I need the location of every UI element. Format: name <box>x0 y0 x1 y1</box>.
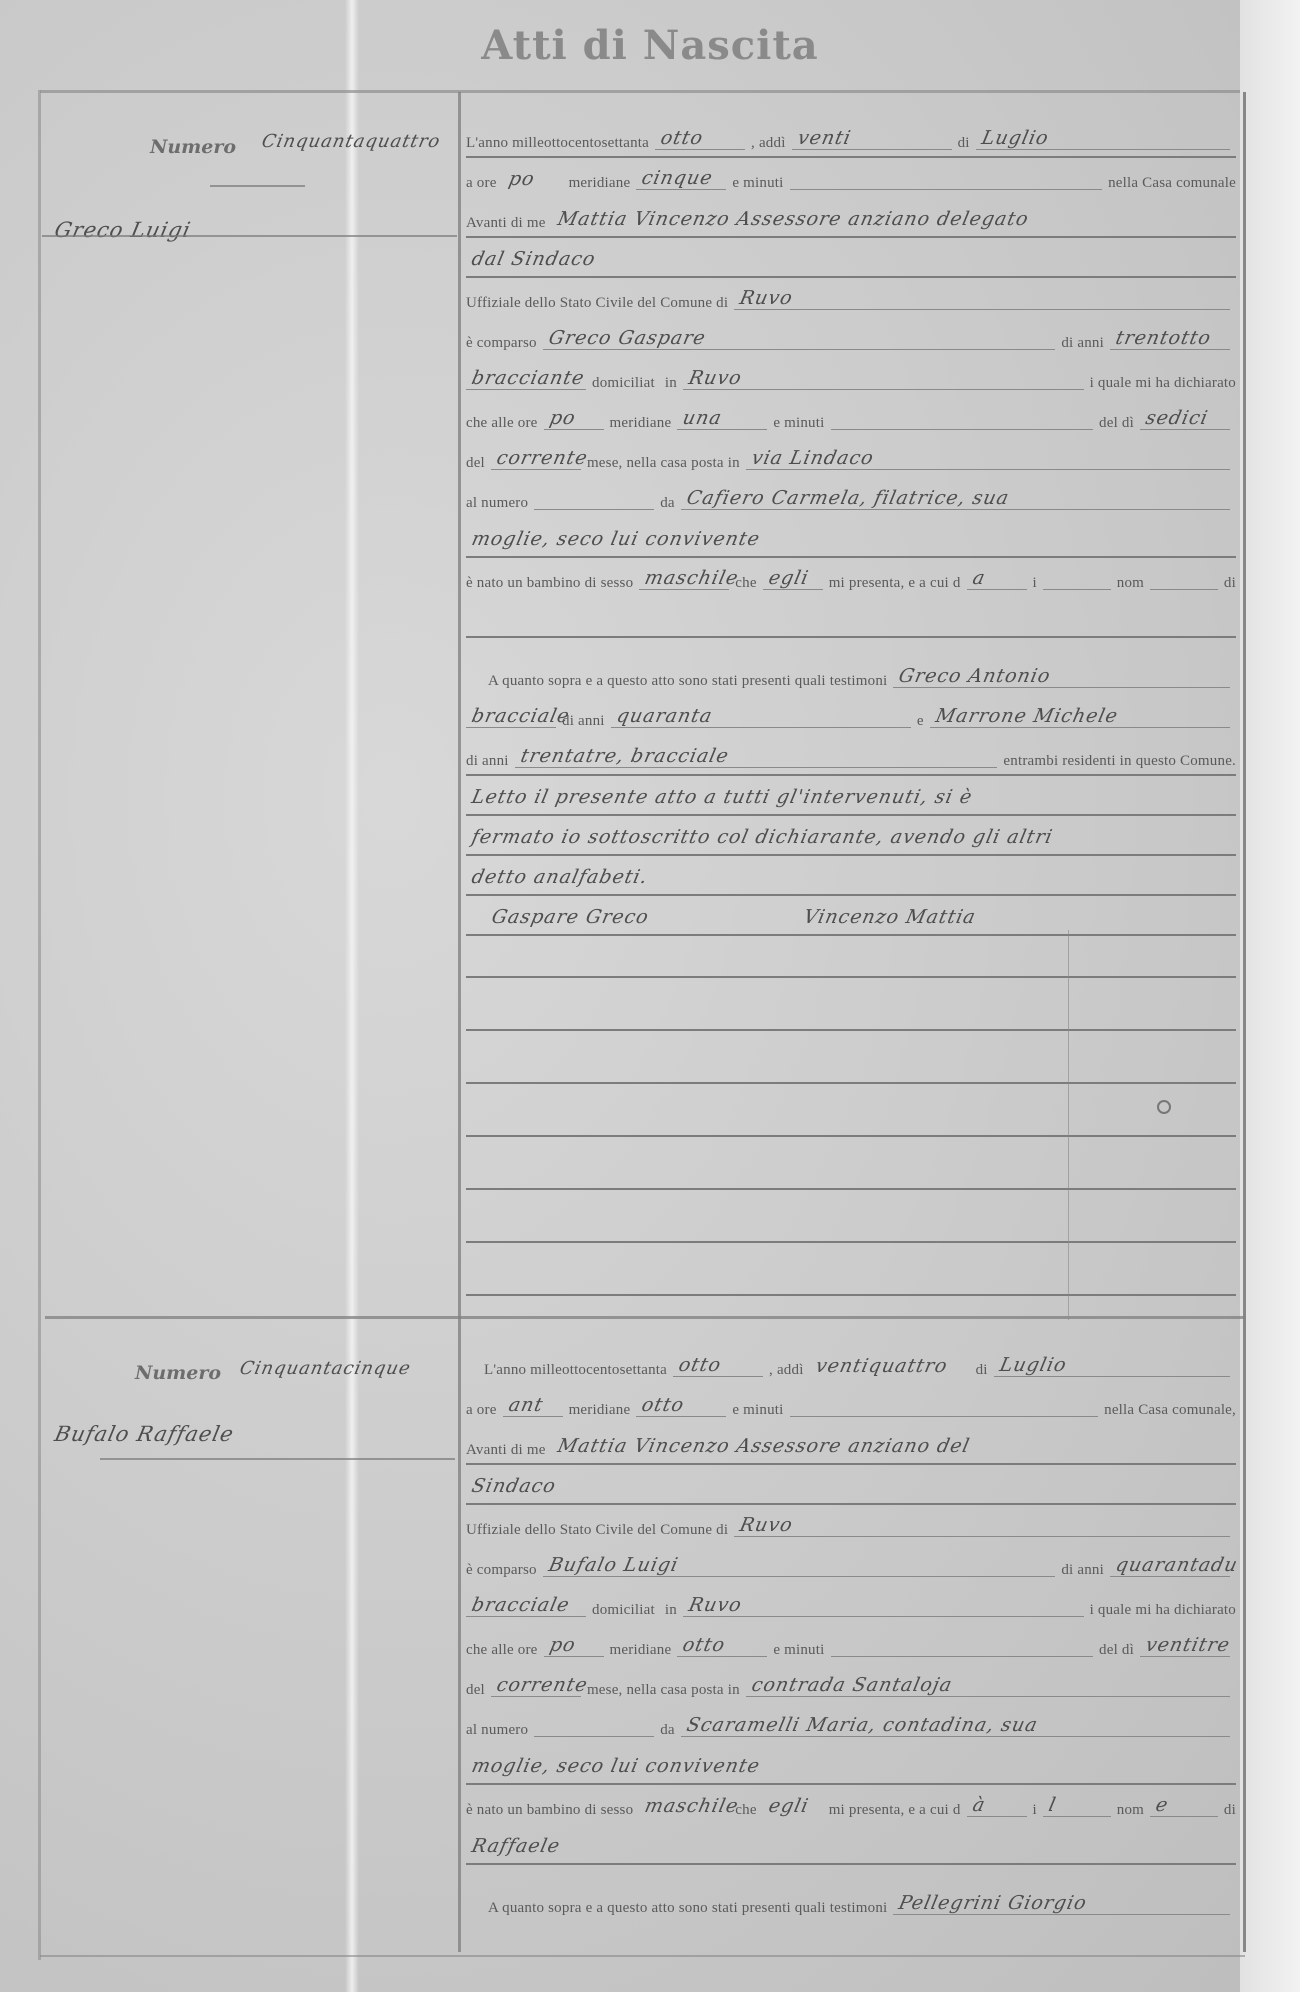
act-line-mother-cont: moglie, seco lui convivente <box>466 518 1236 558</box>
act-line-witness-2: di anni trentatre, bracciale entrambi re… <box>466 736 1236 776</box>
act-line-domicile: bracciale domiciliat in Ruvo i quale mi … <box>466 1585 1236 1625</box>
act-line-declarant: è comparso Greco Gaspare di anni trentot… <box>466 318 1236 358</box>
name-rule <box>100 1458 455 1460</box>
act-line-mother: al numero da Cafiero Carmela, filatrice,… <box>466 478 1236 518</box>
act-line-mother-cont: moglie, seco lui convivente <box>466 1745 1236 1785</box>
day-field: venti <box>792 127 952 150</box>
record-1-act: L'anno milleottocentosettanta otto , add… <box>466 118 1236 936</box>
scanned-page: Atti di Nascita Numero Cinquantaquattro … <box>0 0 1300 1992</box>
act-line-note-2: fermato io sottoscritto col dichiarante,… <box>466 816 1236 856</box>
act-line-date: L'anno milleottocentosettanta otto , add… <box>466 1345 1236 1385</box>
act-line-date: L'anno milleottocentosettanta otto , add… <box>466 118 1236 158</box>
record-1-child-name: Greco Luigi <box>55 218 191 242</box>
act-line-witness-1: bracciale di anni quaranta e Marrone Mic… <box>466 696 1236 736</box>
record-2-act: L'anno milleottocentosettanta otto , add… <box>466 1345 1236 1923</box>
act-line-note-1: Letto il presente atto a tutti gl'interv… <box>466 776 1236 816</box>
right-border <box>1243 92 1246 1952</box>
column-divider <box>458 92 461 1952</box>
act-line-witnesses: A quanto sopra e a questo atto sono stat… <box>466 1883 1236 1923</box>
left-border <box>38 90 41 1960</box>
act-line-witnesses: A quanto sopra e a questo atto sono stat… <box>466 656 1236 696</box>
act-line-time: a ore po meridiane cinque e minuti nella… <box>466 158 1236 198</box>
act-line-birth-time: che alle ore po meridiane otto e minuti … <box>466 1625 1236 1665</box>
blank-ruled-area <box>466 925 1236 1296</box>
record-1-numero-label: Numero <box>150 136 236 158</box>
act-line-child-sex: è nato un bambino di sesso maschile che … <box>466 558 1236 598</box>
record-2-numero-value: Cinquantacinque <box>240 1357 411 1379</box>
name-rule <box>42 235 457 237</box>
act-line-officer-cont: Sindaco <box>466 1465 1236 1505</box>
fold-crease <box>345 0 359 1992</box>
record-2-child-name: Bufalo Raffaele <box>55 1422 234 1446</box>
act-line-domicile: bracciante domiciliat in Ruvo i quale mi… <box>466 358 1236 398</box>
title-rule <box>40 90 1240 93</box>
act-line-declarant: è comparso Bufalo Luigi di anni quaranta… <box>466 1545 1236 1585</box>
bottom-border <box>40 1955 1245 1957</box>
act-line-comune: Uffiziale dello Stato Civile del Comune … <box>466 1505 1236 1545</box>
act-line-place: del corrente mese, nella casa posta in c… <box>466 1665 1236 1705</box>
act-line-officer: Avanti di me Mattia Vincenzo Assessore a… <box>466 1425 1236 1465</box>
month-field: Luglio <box>976 127 1230 150</box>
act-line-mother: al numero da Scaramelli Maria, contadina… <box>466 1705 1236 1745</box>
record-2-numero-label: Numero <box>135 1362 221 1384</box>
page-margin <box>1240 0 1300 1992</box>
act-line-child-name: Raffaele <box>466 1825 1236 1865</box>
act-line-comune: Uffiziale dello Stato Civile del Comune … <box>466 278 1236 318</box>
page-title: Atti di Nascita <box>420 22 880 69</box>
act-line-officer: Avanti di me Mattia Vincenzo Assessore a… <box>466 198 1236 238</box>
record-separator <box>45 1316 1245 1319</box>
act-line-time: a ore ant meridiane otto e minuti nella … <box>466 1385 1236 1425</box>
act-line-child-name <box>466 598 1236 638</box>
blank-vertical-line <box>1068 930 1069 1320</box>
act-line-note-3: detto analfabeti. <box>466 856 1236 896</box>
numero-underline <box>210 185 305 187</box>
ink-mark <box>1157 1100 1171 1114</box>
act-line-officer-cont: dal Sindaco <box>466 238 1236 278</box>
act-line-place: del corrente mese, nella casa posta in v… <box>466 438 1236 478</box>
record-1-numero-value: Cinquantaquattro <box>262 130 440 152</box>
act-line-child-sex: è nato un bambino di sesso maschile che … <box>466 1785 1236 1825</box>
act-line-birth-time: che alle ore po meridiane una e minuti d… <box>466 398 1236 438</box>
year-field: otto <box>655 127 745 150</box>
